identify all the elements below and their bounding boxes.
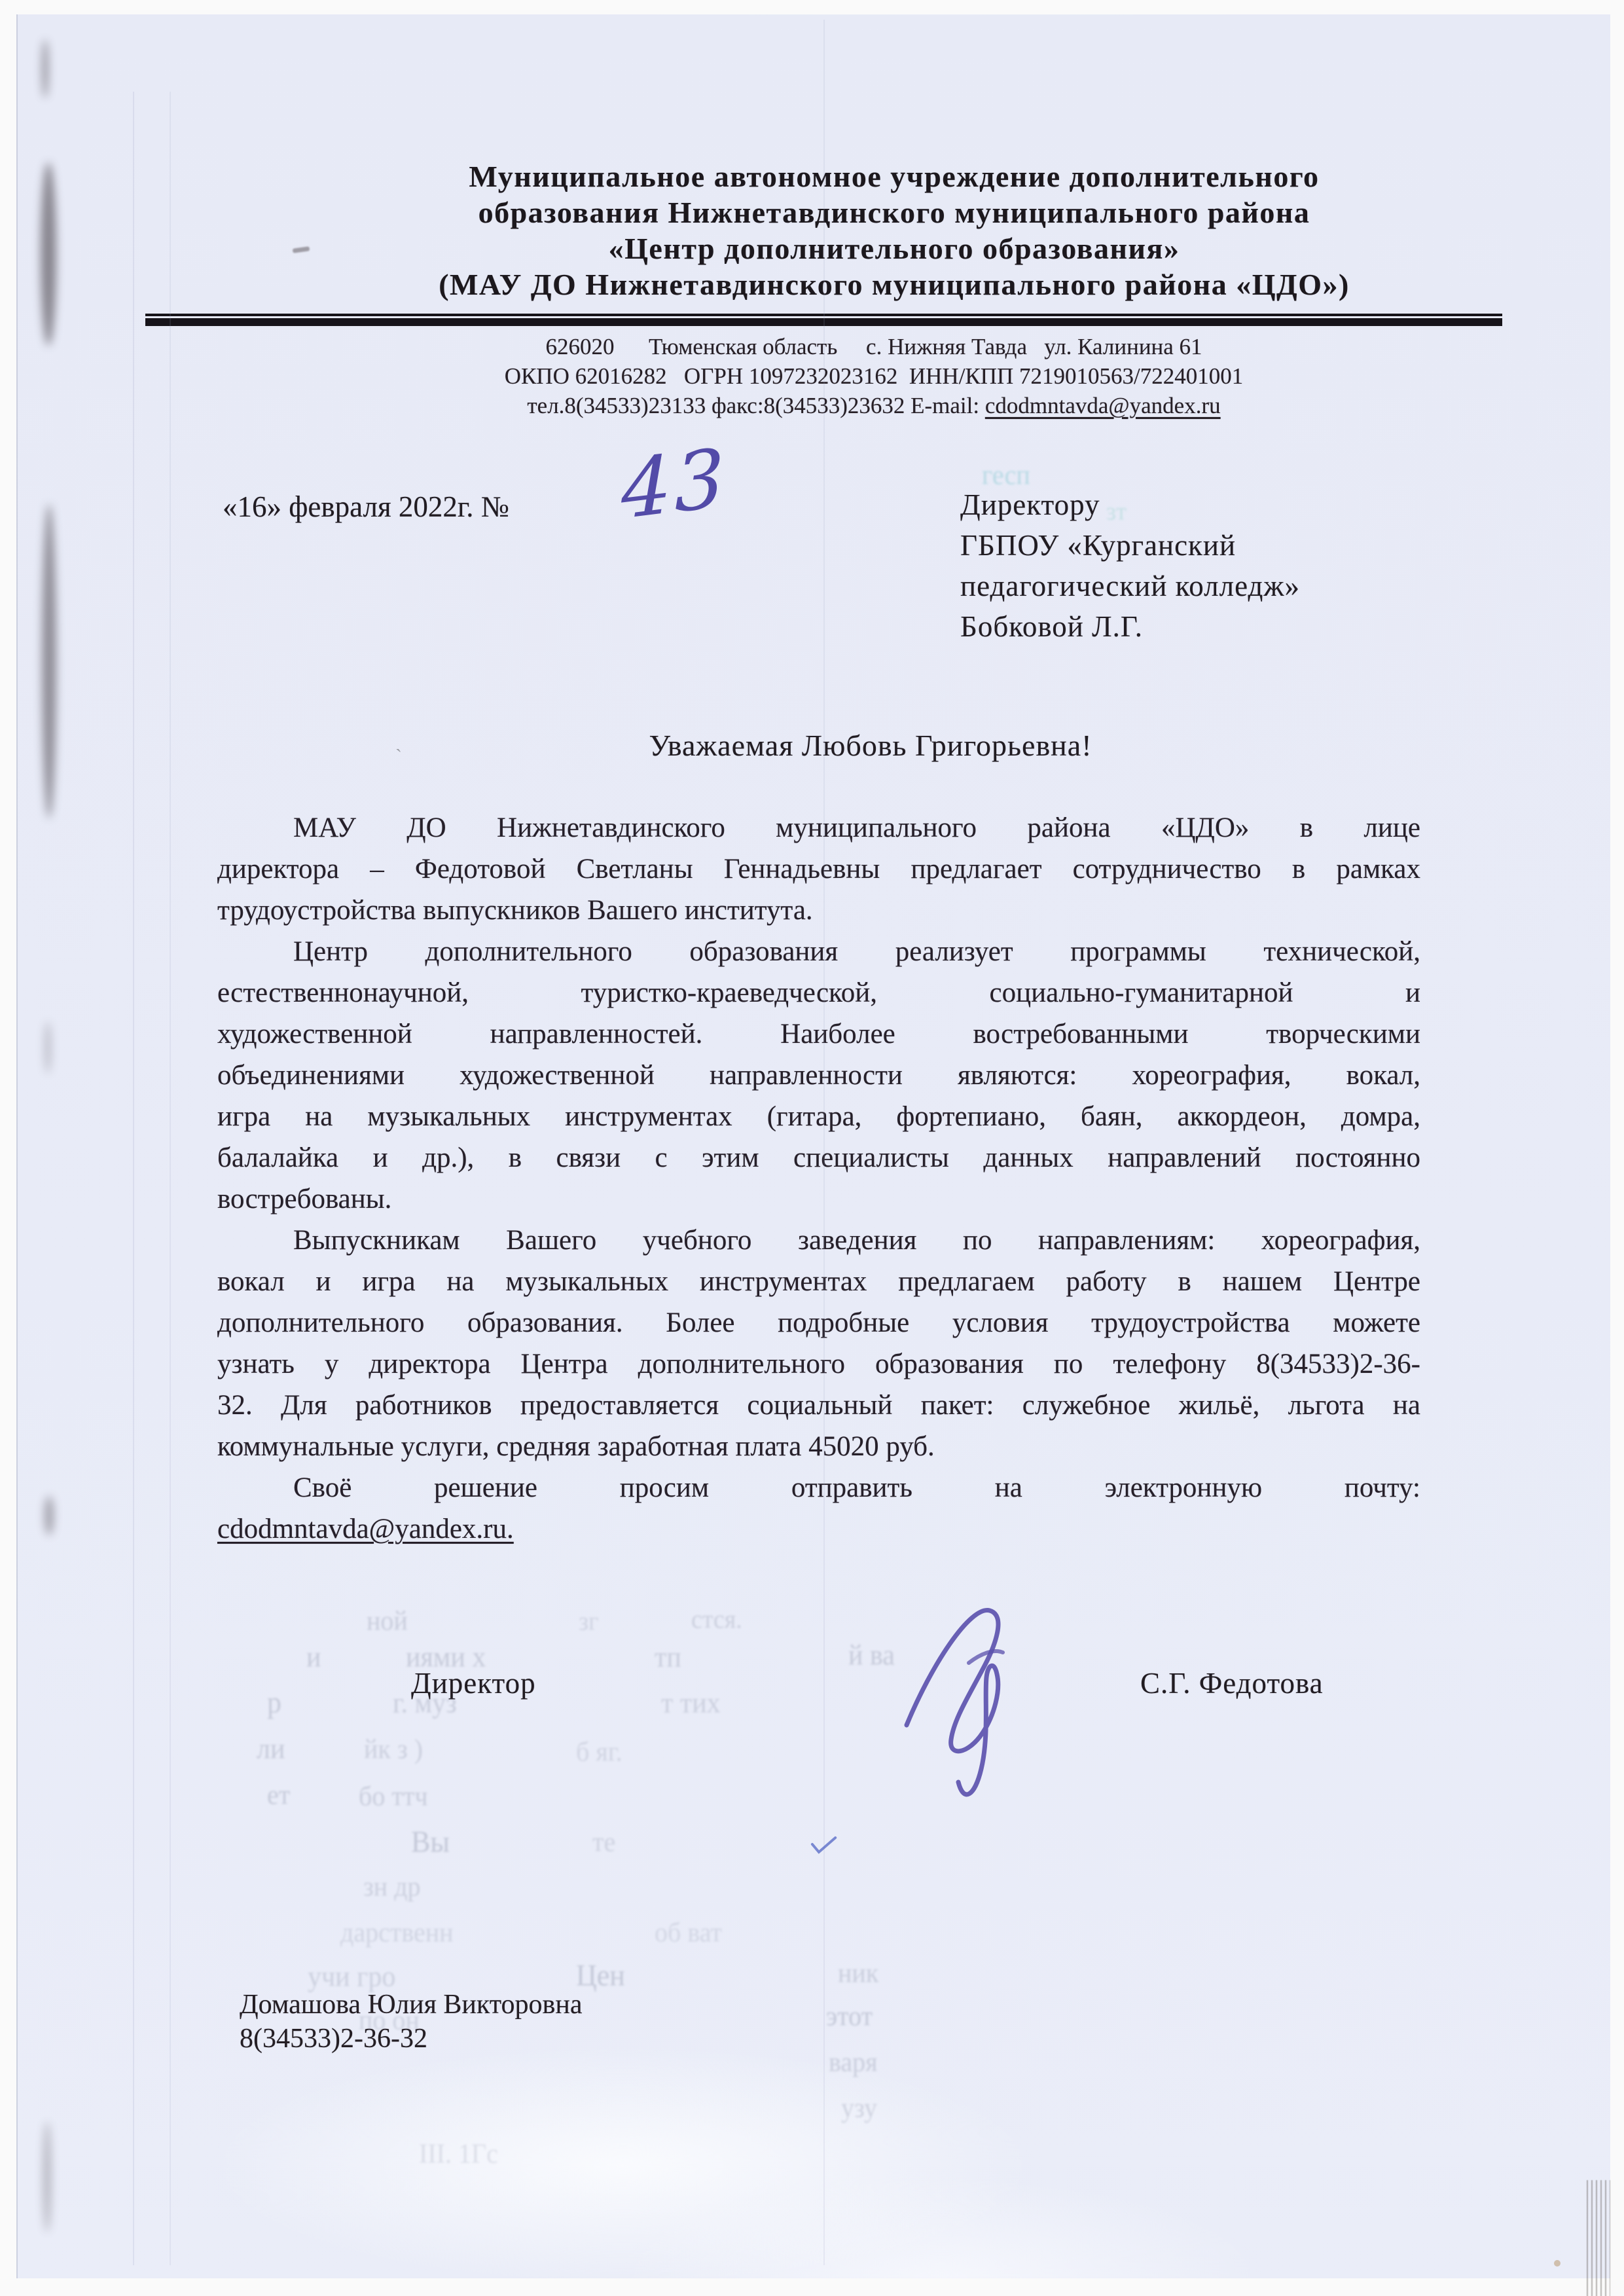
- recipient-line: педагогический колледж»: [960, 566, 1300, 606]
- ghost-text-fragment: ник: [838, 1957, 878, 1989]
- ghost-text-fragment: иями х: [406, 1641, 486, 1674]
- ghost-text-fragment: ли: [257, 1733, 285, 1766]
- ghost-text-fragment: йк з ): [364, 1733, 423, 1765]
- org-name-line: «Центр дополнительного образования»: [240, 230, 1549, 266]
- scan-speck: [1554, 2260, 1561, 2267]
- paper-fold-line: [170, 92, 171, 2265]
- ghost-text-fragment: об ват: [655, 1916, 722, 1948]
- requisites-line: 626020 Тюменская область с. Нижняя Тавда…: [219, 332, 1528, 361]
- scan-smudge: [42, 504, 56, 818]
- scanned-letter-image: { "colors": { "page_background": "#e8ebf…: [0, 0, 1624, 2296]
- ghost-text-fragment: этот: [826, 2000, 873, 2032]
- ghost-text-fragment: тп: [655, 1641, 681, 1674]
- ghost-text-fragment: дарственн: [340, 1916, 454, 1948]
- body-line: коммунальные услуги, средняя заработная …: [217, 1426, 1420, 1467]
- ghost-text-fragment: бо ттч: [359, 1780, 427, 1812]
- body-line: вокал и игра на музыкальных инструментах…: [217, 1261, 1420, 1302]
- scan-smudge: [42, 39, 48, 98]
- ghost-text-fragment: зг: [579, 1607, 599, 1637]
- letterhead-org-name: Муниципальное автономное учреждение допо…: [240, 158, 1549, 302]
- stray-ink-mark: ˎ: [395, 731, 402, 753]
- ghost-text-fragment: учи гро: [308, 1961, 395, 1994]
- scan-smudge: [45, 1021, 51, 1074]
- body-line: директора – Федотовой Светланы Геннадьев…: [217, 848, 1420, 890]
- letterhead-requisites: 626020 Тюменская область с. Нижняя Тавда…: [219, 332, 1528, 420]
- body-line: трудоустройства выпускников Вашего инсти…: [217, 890, 1420, 931]
- ghost-text-fragment: гесп: [982, 459, 1030, 491]
- ghost-text-fragment: варя: [829, 2046, 878, 2078]
- body-line: дополнительного образования. Более подро…: [217, 1302, 1420, 1343]
- body-line: объединениями художественной направленно…: [217, 1055, 1420, 1096]
- body-line: МАУ ДО Нижнетавдинского муниципального р…: [217, 807, 1420, 848]
- recipient-line: Бобковой Л.Г.: [960, 606, 1300, 647]
- email-address: cdodmntavda@yandex.ru.: [217, 1514, 514, 1544]
- body-line: балалайка и др.), в связи с этим специал…: [217, 1137, 1420, 1178]
- ghost-text-fragment: ɜт: [1106, 497, 1127, 526]
- ghost-text-fragment: стся.: [691, 1605, 742, 1635]
- body-line: художественной направленностей. Наиболее…: [217, 1013, 1420, 1055]
- ghost-text-fragment: III. 1Гс: [419, 2138, 498, 2170]
- body-line: востребованы.: [217, 1178, 1420, 1220]
- requisites-line: тел.8(34533)23133 факс:8(34533)23632 E-m…: [219, 391, 1528, 420]
- email-address: cdodmntavda@yandex.ru: [985, 393, 1221, 418]
- body-line: игра на музыкальных инструментах (гитара…: [217, 1096, 1420, 1137]
- ghost-text-fragment: р: [267, 1685, 281, 1721]
- ghost-text-fragment: по он: [359, 2004, 420, 2036]
- body-line: cdodmntavda@yandex.ru.: [217, 1508, 1420, 1550]
- body-line: Центр дополнительного образования реализ…: [217, 931, 1420, 972]
- ghost-text-fragment: зн др: [363, 1870, 421, 1903]
- scan-smudge: [43, 2121, 51, 2232]
- org-name-line: образования Нижнетавдинского муниципальн…: [240, 194, 1549, 230]
- signature-name: С.Г. Федотова: [1140, 1666, 1324, 1700]
- scan-smudge: [45, 1496, 54, 1535]
- scan-smudge: [41, 162, 56, 346]
- body-line: узнать у директора Центра дополнительног…: [217, 1343, 1420, 1385]
- paper-fold-line: [823, 20, 825, 2265]
- ghost-text-fragment: те: [592, 1826, 615, 1858]
- ghost-text-fragment: г. муз: [393, 1687, 457, 1720]
- recipient-line: ГБПОУ «Курганский: [960, 525, 1300, 566]
- body-line: Выпускникам Вашего учебного заведения по…: [217, 1220, 1420, 1261]
- org-name-line: Муниципальное автономное учреждение допо…: [240, 158, 1549, 194]
- ghost-text-fragment: и: [306, 1641, 321, 1674]
- date-number-line: «16» февраля 2022г. №: [223, 490, 509, 524]
- ghost-text-fragment: узу: [841, 2092, 877, 2124]
- recipient-block: ДиректоруГБПОУ «Курганскийпедагогический…: [960, 484, 1300, 647]
- blue-pen-tick: [808, 1831, 839, 1859]
- ghost-text-fragment: Цен: [576, 1958, 625, 1994]
- ghost-text-fragment: б яг.: [576, 1736, 623, 1768]
- body-line: естественнонаучной, туристко-краеведческ…: [217, 972, 1420, 1013]
- org-name-line: (МАУ ДО Нижнетавдинского муниципального …: [240, 266, 1549, 302]
- body-line: 32. Для работников предоставляется социа…: [217, 1385, 1420, 1426]
- ghost-text-fragment: Вы: [411, 1825, 450, 1860]
- letter-body: МАУ ДО Нижнетавдинского муниципального р…: [217, 807, 1420, 1550]
- ghost-text-fragment: т тих: [661, 1687, 721, 1720]
- ghost-text-fragment: й ва: [848, 1639, 895, 1672]
- handwritten-outgoing-number: 43: [621, 437, 728, 531]
- handwritten-signature: [890, 1584, 1100, 1807]
- ghost-text-fragment: ной: [367, 1605, 408, 1637]
- body-line: Своё решение просим отправить на электро…: [217, 1467, 1420, 1508]
- requisites-line: ОКПО 62016282 ОГРН 1097232023162 ИНН/КПП…: [219, 361, 1528, 391]
- paper-fold-line: [133, 92, 134, 2265]
- salutation: Уважаемая Любовь Григорьевна!: [216, 728, 1525, 763]
- ghost-text-fragment: ет: [267, 1779, 290, 1811]
- scan-scratches: [1587, 2180, 1610, 2296]
